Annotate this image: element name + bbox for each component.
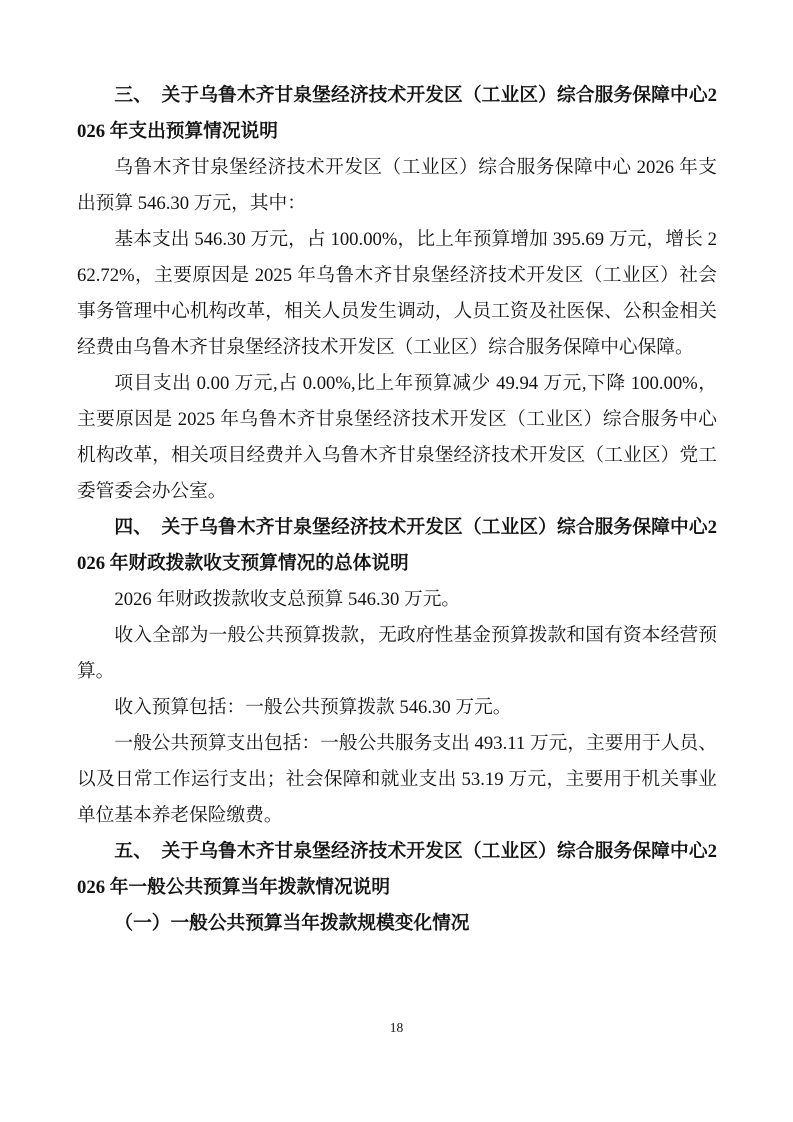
document-page: 三、 关于乌鲁木齐甘泉堡经济技术开发区（工业区）综合服务保障中心2026 年支出… — [0, 0, 793, 1122]
page-number: 18 — [0, 1020, 793, 1036]
para-basic-expenditure: 基本支出 546.30 万元，占 100.00%，比上年预算增加 395.69 … — [77, 222, 717, 366]
heading-section-five-current-year-appropriation: 五、 关于乌鲁木齐甘泉堡经济技术开发区（工业区）综合服务保障中心2026 年一般… — [77, 834, 717, 906]
para-public-budget-expenditure-detail: 一般公共预算支出包括：一般公共服务支出 493.11 万元，主要用于人员、以及日… — [77, 726, 717, 834]
heading-section-four-fiscal-appropriation: 四、 关于乌鲁木齐甘泉堡经济技术开发区（工业区）综合服务保障中心2026 年财政… — [77, 510, 717, 582]
para-income-source: 收入全部为一般公共预算拨款，无政府性基金预算拨款和国有资本经营预算。 — [77, 618, 717, 690]
heading-subsection-one-scale-change: （一）一般公共预算当年拨款规模变化情况 — [77, 906, 717, 942]
para-expenditure-total: 乌鲁木齐甘泉堡经济技术开发区（工业区）综合服务保障中心 2026 年支出预算 5… — [77, 150, 717, 222]
heading-section-three-expenditure-budget: 三、 关于乌鲁木齐甘泉堡经济技术开发区（工业区）综合服务保障中心2026 年支出… — [77, 78, 717, 150]
para-income-budget-detail: 收入预算包括：一般公共预算拨款 546.30 万元。 — [77, 690, 717, 726]
para-project-expenditure: 项目支出 0.00 万元,占 0.00%,比上年预算减少 49.94 万元,下降… — [77, 366, 717, 510]
para-fiscal-total-budget: 2026 年财政拨款收支总预算 546.30 万元。 — [77, 582, 717, 618]
